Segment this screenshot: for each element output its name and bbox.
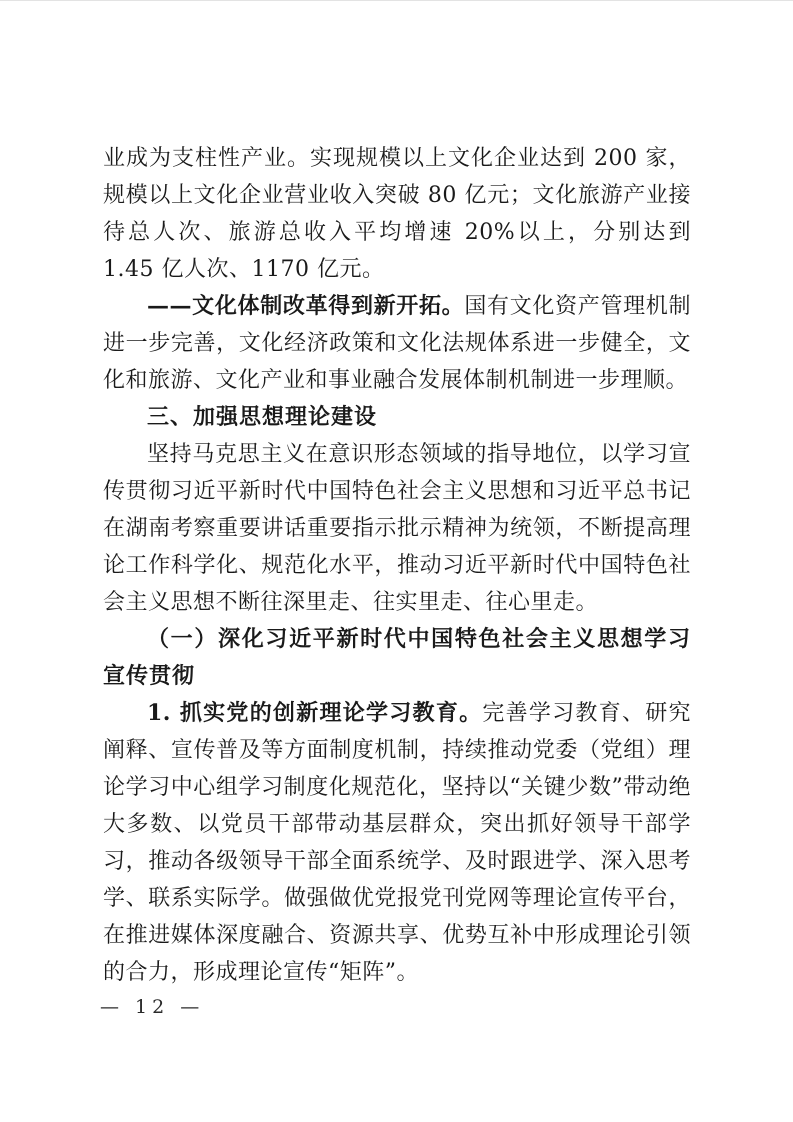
paragraph-culture-reform-lead: ——文化体制改革得到新开拓。 bbox=[147, 293, 464, 319]
page-top-edge bbox=[0, 0, 793, 1]
subsection-heading-study-propaganda: （一）深化习近平新时代中国特色社会主义思想学习宣传贯彻 bbox=[103, 621, 691, 695]
paragraph-culture-industry: 业成为支柱性产业。实现规模以上文化企业达到 200 家，规模以上文化企业营业收入… bbox=[103, 140, 691, 288]
page-number: — 12 — bbox=[100, 996, 204, 1018]
paragraph-theory-education-lead: 1. 抓实党的创新理论学习教育。 bbox=[147, 700, 482, 726]
paragraph-marxism-theory: 坚持马克思主义在意识形态领域的指导地位，以学习宣传贯彻习近平新时代中国特色社会主… bbox=[103, 436, 691, 621]
paragraph-theory-education: 1. 抓实党的创新理论学习教育。完善学习教育、研究阐释、宣传普及等方面制度机制，… bbox=[103, 695, 691, 991]
document-body: 业成为支柱性产业。实现规模以上文化企业达到 200 家，规模以上文化企业营业收入… bbox=[103, 140, 691, 991]
paragraph-culture-reform: ——文化体制改革得到新开拓。国有文化资产管理机制进一步完善，文化经济政策和文化法… bbox=[103, 288, 691, 399]
paragraph-theory-education-rest: 完善学习教育、研究阐释、宣传普及等方面制度机制，持续推动党委（党组）理论学习中心… bbox=[103, 701, 691, 985]
document-page: 业成为支柱性产业。实现规模以上文化企业达到 200 家，规模以上文化企业营业收入… bbox=[0, 0, 793, 1122]
section-heading-ideology: 三、加强思想理论建设 bbox=[103, 399, 691, 436]
